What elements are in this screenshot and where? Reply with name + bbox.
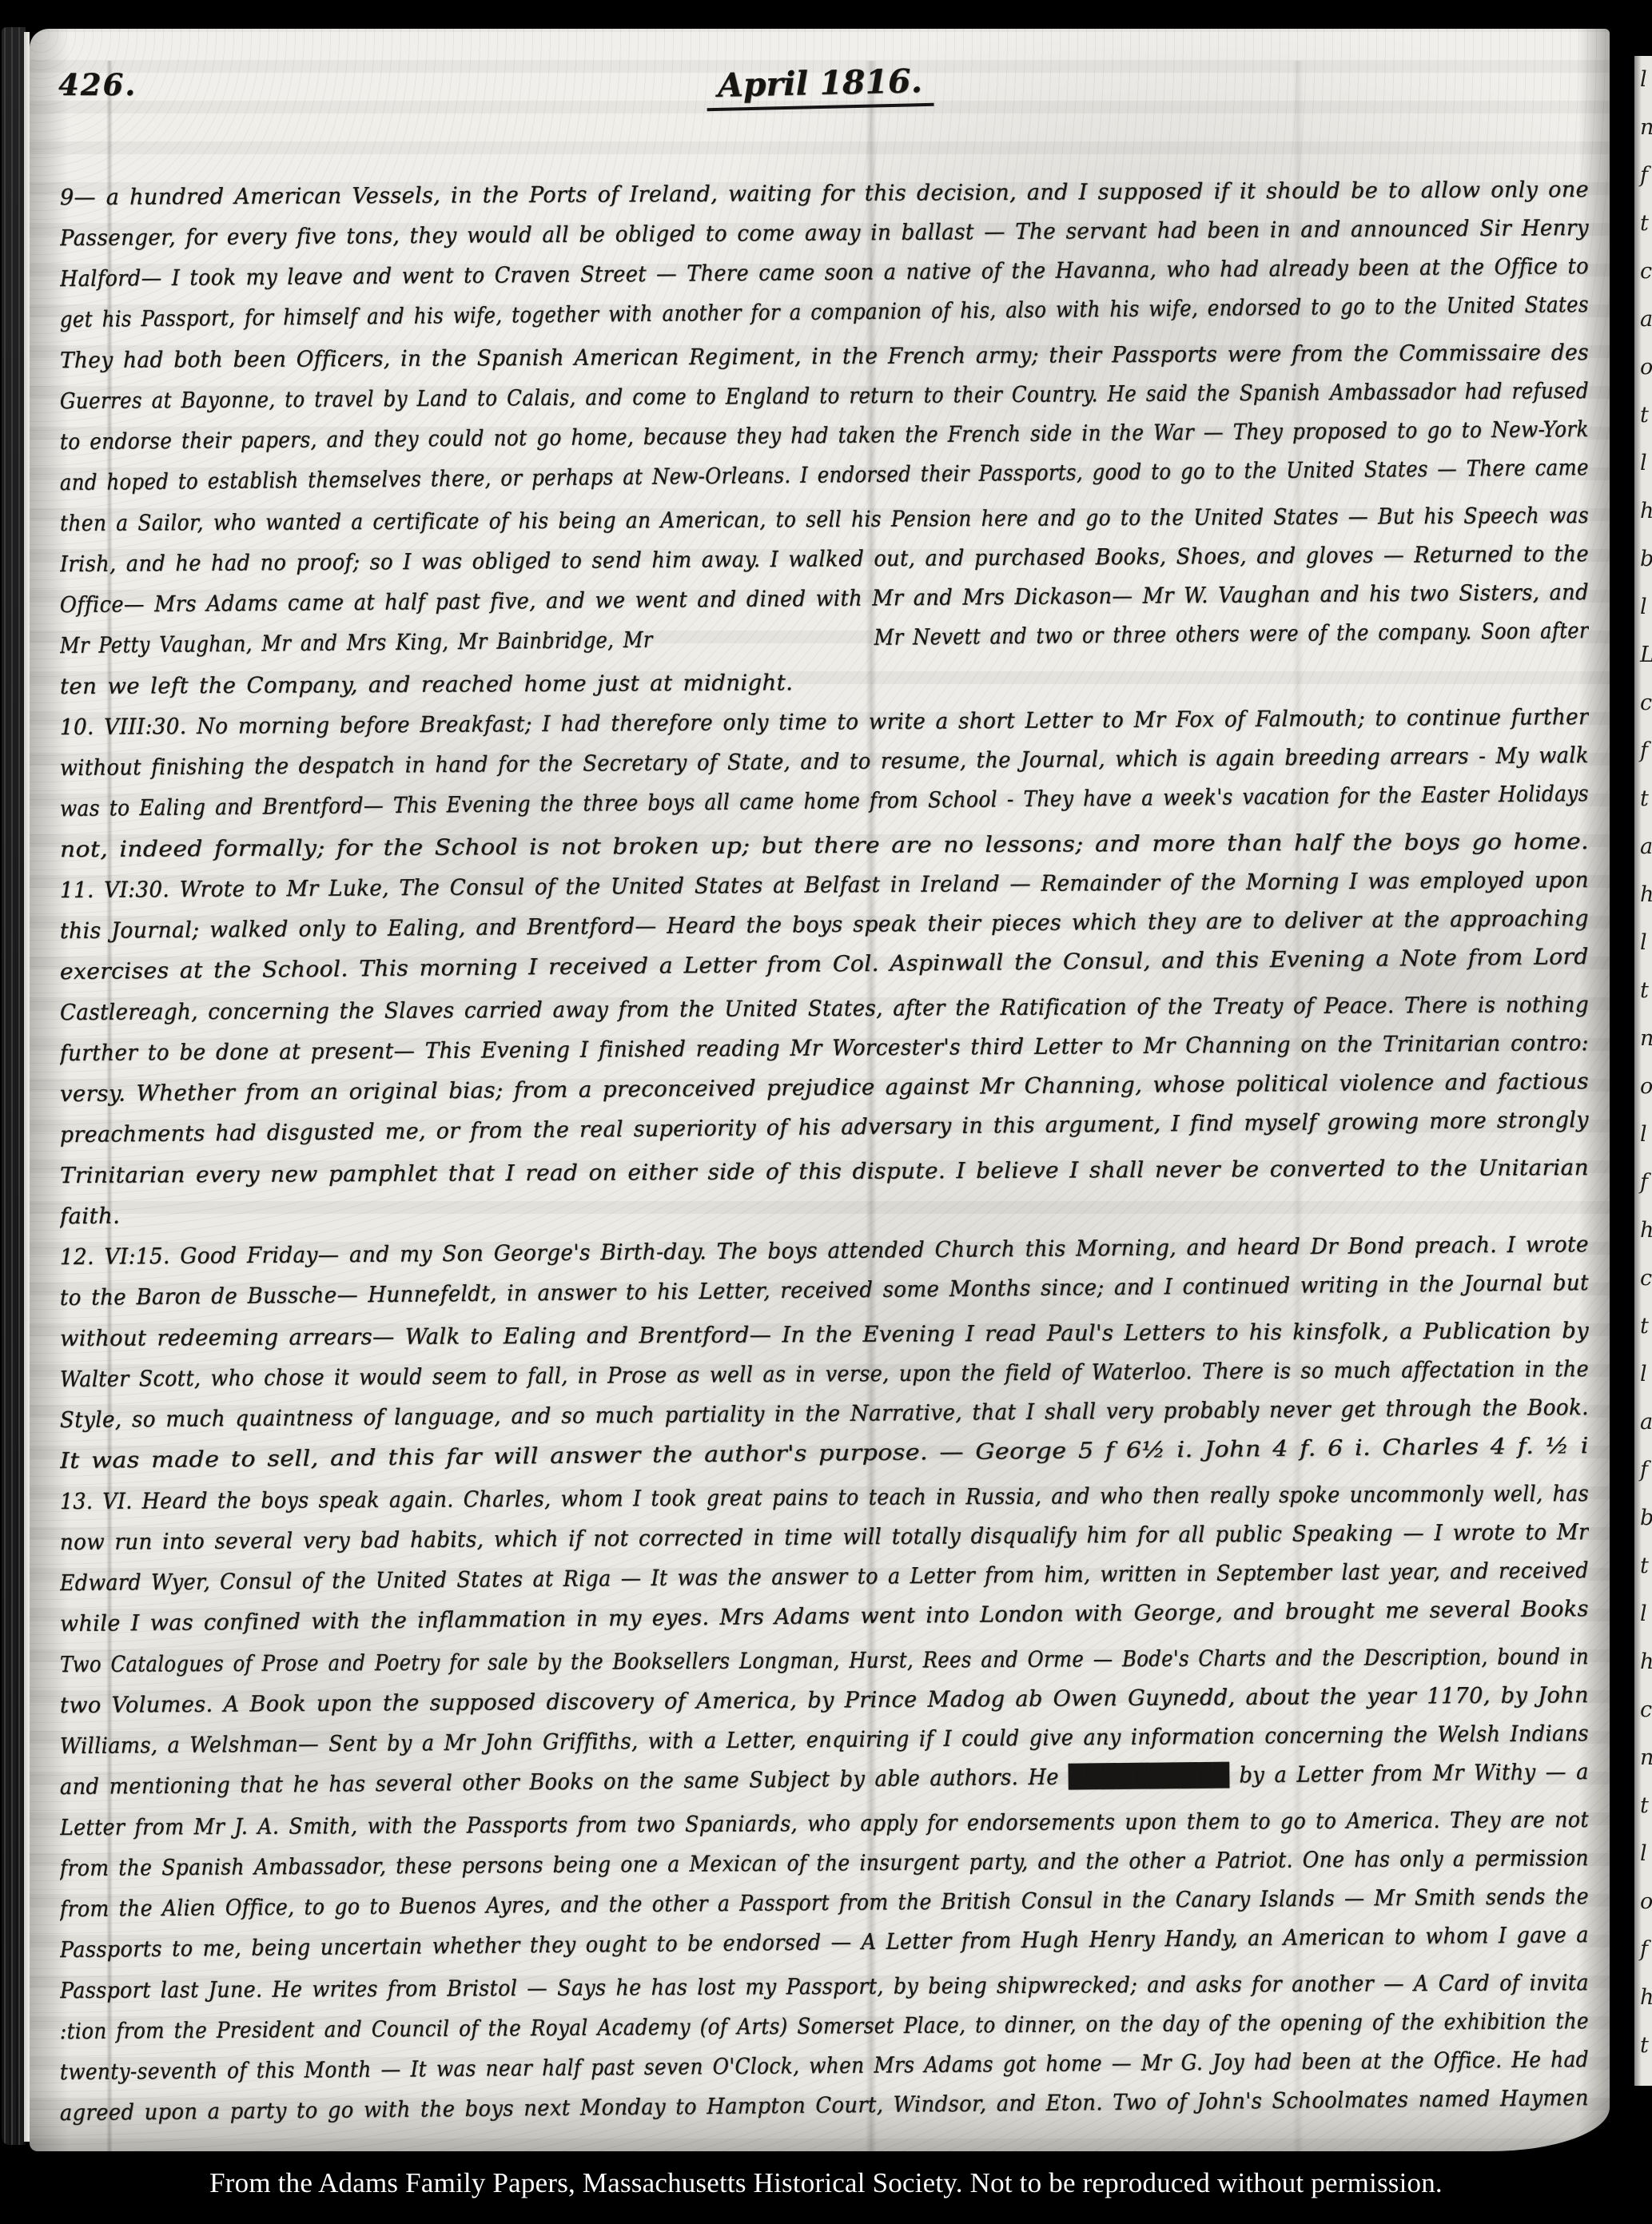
facing-page-sliver: lnftcaotlhblLcftahltnolfhctlafbtlhcntlof… [1634, 56, 1652, 2086]
facing-page-glyph-fragment: l [1640, 583, 1652, 631]
facing-page-glyph-fragment: l [1640, 1111, 1652, 1159]
facing-page-glyph-fragment: l [1640, 1351, 1652, 1398]
facing-page-glyph-fragment: t [1640, 392, 1652, 440]
facing-page-glyph-fragment: f [1640, 1159, 1652, 1207]
facing-page-glyph-fragment: l [1640, 56, 1652, 104]
facing-page-glyph-fragment: c [1640, 1686, 1652, 1734]
facing-page-glyph-fragment: a [1640, 296, 1652, 344]
book-binding-edge [2, 27, 26, 2145]
scanned-page: 426. April 1816. 9— a hundred American V… [0, 0, 1652, 2224]
facing-page-glyph-fragment: h [1640, 1974, 1652, 2022]
manuscript-line: Mr Petty Vaughan, Mr and Mrs King, Mr Ba… [60, 626, 1589, 666]
facing-page-glyph-fragment: b [1640, 1494, 1652, 1542]
facing-page-glyph-fragment: L [1640, 631, 1652, 679]
facing-page-glyph-fragment: o [1640, 344, 1652, 392]
facing-page-glyph-fragment: t [1640, 2022, 1652, 2070]
facing-page-glyph-fragment: a [1640, 1398, 1652, 1446]
facing-page-glyph-fragment: h [1640, 871, 1652, 919]
facing-page-glyph-fragment: h [1640, 487, 1652, 535]
page-header-wrap: April 1816. [30, 64, 1610, 109]
facing-page-glyph-fragment: c [1640, 248, 1652, 296]
facing-page-glyph-fragment: n [1640, 104, 1652, 152]
facing-page-glyph-fragment: o [1640, 1063, 1652, 1111]
page-header-date: April 1816. [706, 62, 933, 111]
facing-page-glyph-fragment: l [1640, 440, 1652, 487]
facing-page-glyph-fragment: o [1640, 1878, 1652, 1926]
manuscript-lines: 9— a hundred American Vessels, in the Po… [60, 177, 1589, 2140]
facing-page-glyph-fragment: n [1640, 1015, 1652, 1063]
manuscript-line: Trinitarian every new pamphlet that I re… [60, 1156, 1589, 1196]
facing-page-glyph-fragment: n [1640, 1734, 1652, 1782]
facing-page-glyph-fragment: l [1640, 1830, 1652, 1878]
facing-page-glyph-fragment: l [1640, 1590, 1652, 1638]
facing-page-glyph-fragment: h [1640, 1207, 1652, 1255]
facing-page-glyph-fragment: f [1640, 1926, 1652, 1974]
facing-page-glyph-fragment: c [1640, 679, 1652, 727]
facing-page-glyph-fragment: t [1640, 200, 1652, 248]
facing-page-glyph-fragment: h [1640, 1638, 1652, 1686]
facing-page-glyph-fragment: f [1640, 727, 1652, 775]
facing-page-glyph-fragment: f [1640, 152, 1652, 200]
facing-page-glyph-fragment: t [1640, 1303, 1652, 1351]
facing-page-glyph-fragment: t [1640, 967, 1652, 1015]
facing-page-glyph-fragment: a [1640, 823, 1652, 871]
facing-page-glyph-fragment: c [1640, 1255, 1652, 1303]
facing-page-glyph-fragment: f [1640, 1446, 1652, 1494]
facing-page-glyph-fragment: b [1640, 535, 1652, 583]
facing-page-glyph-fragment: l [1640, 919, 1652, 967]
facing-page-glyph-fragment: t [1640, 1782, 1652, 1830]
facing-page-glyph-fragment: t [1640, 1542, 1652, 1590]
archive-caption: From the Adams Family Papers, Massachuse… [0, 2167, 1652, 2199]
manuscript-line: agreed upon a party to go with the boys … [60, 2093, 1589, 2134]
page-edge-highlight [24, 32, 30, 2142]
facing-page-glyph-fragment: t [1640, 775, 1652, 823]
manuscript-page: 426. April 1816. 9— a hundred American V… [30, 29, 1610, 2151]
